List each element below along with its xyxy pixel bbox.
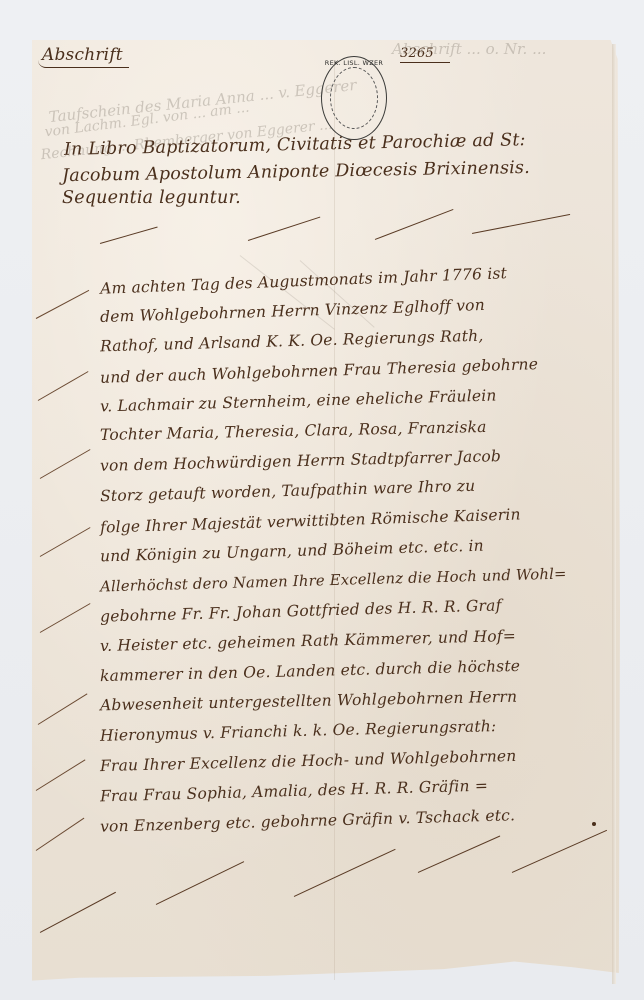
closing-dot bbox=[592, 822, 596, 826]
scan-background: Taufschein des Maria Anna ... v. Eggerer… bbox=[0, 0, 644, 1000]
reference-number: 3265 bbox=[400, 46, 450, 63]
stamp-inner-ring bbox=[330, 67, 378, 129]
paper-right-edge bbox=[612, 44, 616, 984]
stamp-text: REK. LISL. WZER bbox=[322, 59, 386, 67]
intro-line-3: Sequentia leguntur. bbox=[62, 188, 241, 208]
oval-stamp-icon: REK. LISL. WZER bbox=[321, 56, 387, 140]
abschrift-label: Abschrift bbox=[38, 45, 129, 68]
